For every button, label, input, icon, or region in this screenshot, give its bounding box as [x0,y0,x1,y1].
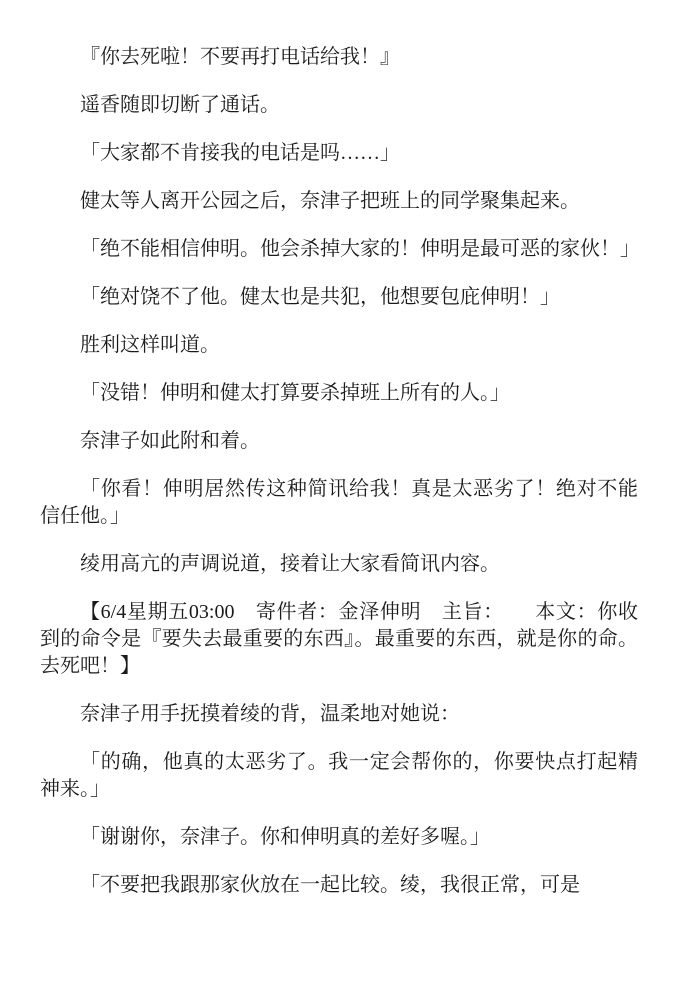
book-page: 『你去死啦！不要再打电话给我！』 遥香随即切断了通话。 「大家都不肯接我的电话是… [0,0,700,992]
paragraph: 「的确，他真的太恶劣了。我一定会帮你的，你要快点打起精神来。」 [40,749,638,803]
paragraph: 绫用高亢的声调说道，接着让大家看简讯内容。 [40,551,638,578]
paragraph: 「大家都不肯接我的电话是吗……」 [40,140,638,167]
paragraph: 「绝对饶不了他。健太也是共犯，他想要包庇伸明！」 [40,284,638,311]
paragraph: 「你看！伸明居然传这种简讯给我！真是太恶劣了！绝对不能信任他。」 [40,476,638,530]
paragraph: 胜利这样叫道。 [40,332,638,359]
sms-message-paragraph: 【6/4星期五03:00 寄件者：金泽伸明 主旨： 本文：你收到的命令是『要失去… [40,599,638,680]
paragraph: 健太等人离开公园之后，奈津子把班上的同学聚集起来。 [40,188,638,215]
paragraph: 「谢谢你，奈津子。你和伸明真的差好多喔。」 [40,824,638,851]
paragraph: 奈津子如此附和着。 [40,428,638,455]
paragraph: 『你去死啦！不要再打电话给我！』 [40,44,638,71]
paragraph: 「不要把我跟那家伙放在一起比较。绫，我很正常，可是 [40,872,638,899]
paragraph: 遥香随即切断了通话。 [40,92,638,119]
paragraph: 「绝不能相信伸明。他会杀掉大家的！伸明是最可恶的家伙！」 [40,236,638,263]
paragraph: 「没错！伸明和健太打算要杀掉班上所有的人。」 [40,380,638,407]
paragraph: 奈津子用手抚摸着绫的背，温柔地对她说： [40,701,638,728]
